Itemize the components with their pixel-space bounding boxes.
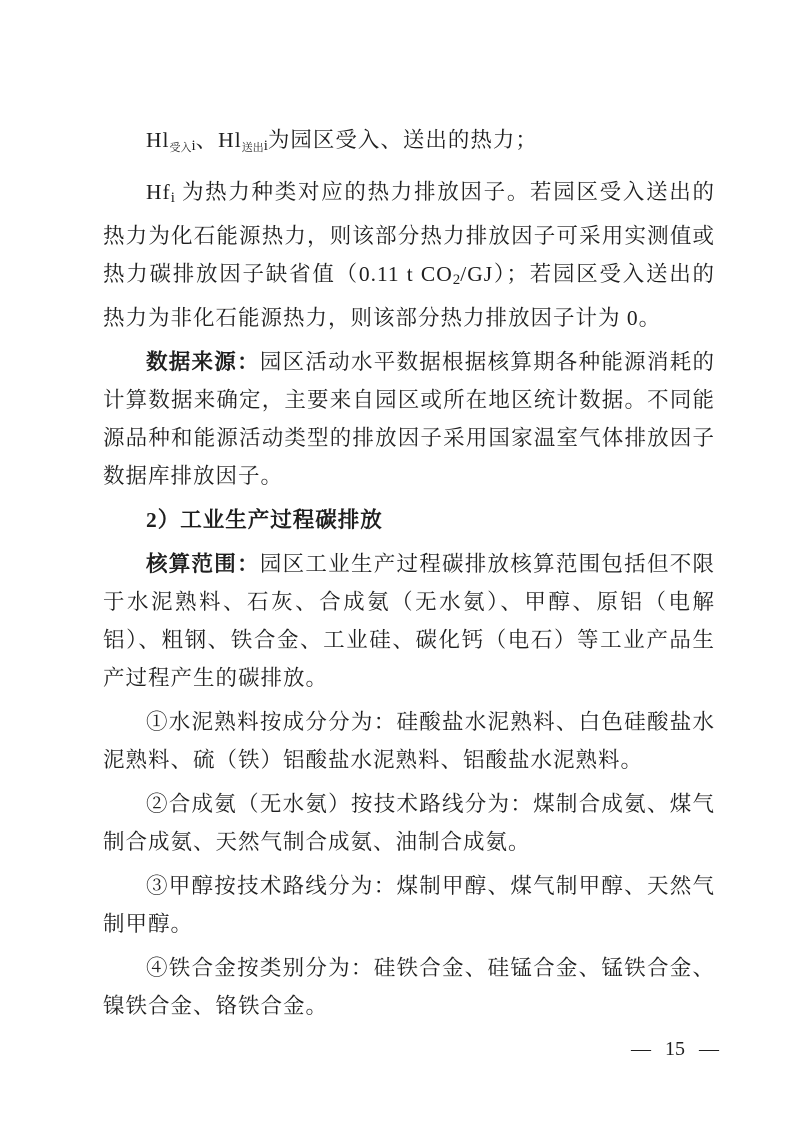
paragraph-text: ④铁合金按类别分为：硅铁合金、硅锰合金、锰铁合金、镍铁合金、铬铁合金。 xyxy=(103,956,715,1018)
formula-symbol: 、Hl xyxy=(196,128,242,152)
formula-symbol: Hl xyxy=(146,128,170,152)
run-in-heading-data-source: 数据来源： xyxy=(146,350,260,374)
list-item-synthetic-ammonia: ②合成氨（无水氨）按技术路线分为：煤制合成氨、煤气制合成氨、天然气制合成氨、油制… xyxy=(103,785,715,861)
paragraph-text: 为园区受入、送出的热力； xyxy=(268,128,538,152)
list-item-ferroalloy: ④铁合金按类别分为：硅铁合金、硅锰合金、锰铁合金、镍铁合金、铬铁合金。 xyxy=(103,949,715,1025)
paragraph-hf-definition: Hfi 为热力种类对应的热力排放因子。若园区受入送出的热力为化石能源热力，则该部… xyxy=(103,173,715,337)
subscript-songchu: 送出 xyxy=(242,142,264,154)
page-footer: — 15 — xyxy=(612,1038,738,1061)
run-in-heading-scope: 核算范围： xyxy=(146,552,260,576)
paragraph-accounting-scope: 核算范围：园区工业生产过程碳排放核算范围包括但不限于水泥熟料、石灰、合成氨（无水… xyxy=(103,545,715,697)
paragraph-text: ③甲醇按技术路线分为：煤制甲醇、煤气制甲醇、天然气制甲醇。 xyxy=(103,874,715,936)
footer-dash-left: — xyxy=(631,1038,651,1061)
list-item-methanol: ③甲醇按技术路线分为：煤制甲醇、煤气制甲醇、天然气制甲醇。 xyxy=(103,867,715,943)
paragraph-text: ②合成氨（无水氨）按技术路线分为：煤制合成氨、煤气制合成氨、天然气制合成氨、油制… xyxy=(103,792,715,854)
document-body: Hl受入i、Hl送出i为园区受入、送出的热力； Hfi 为热力种类对应的热力排放… xyxy=(103,121,715,1031)
document-page: Hl受入i、Hl送出i为园区受入、送出的热力； Hfi 为热力种类对应的热力排放… xyxy=(0,0,793,1122)
list-item-cement-clinker: ①水泥熟料按成分分为：硅酸盐水泥熟料、白色硅酸盐水泥熟料、硫（铁）铝酸盐水泥熟料… xyxy=(103,703,715,779)
subscript-shouru: 受入 xyxy=(170,142,192,154)
paragraph-hl-definition: Hl受入i、Hl送出i为园区受入、送出的热力； xyxy=(103,121,715,167)
footer-dash-right: — xyxy=(699,1038,719,1061)
page-number: 15 xyxy=(665,1038,685,1061)
formula-symbol: Hf xyxy=(146,180,171,204)
paragraph-text: ①水泥熟料按成分分为：硅酸盐水泥熟料、白色硅酸盐水泥熟料、硫（铁）铝酸盐水泥熟料… xyxy=(103,710,715,772)
paragraph-data-source: 数据来源：园区活动水平数据根据核算期各种能源消耗的计算数据来确定，主要来自园区或… xyxy=(103,343,715,495)
heading-text: 2）工业生产过程碳排放 xyxy=(146,508,383,532)
heading-industrial-process: 2）工业生产过程碳排放 xyxy=(103,501,715,539)
